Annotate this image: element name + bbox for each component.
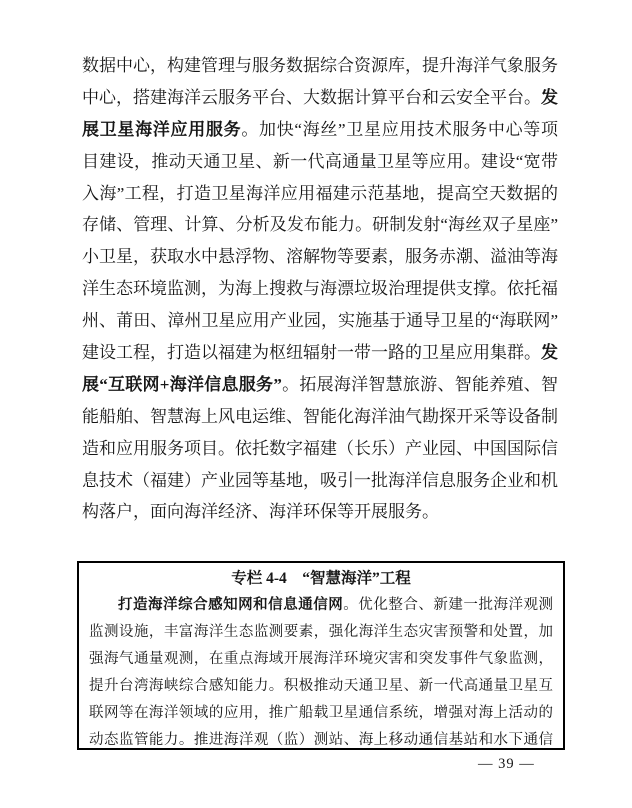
panel-title: 专栏 4-4 “智慧海洋”工程 <box>89 565 553 592</box>
text-line: 息技术（福建）产业园等基地，吸引一批海洋信息服务企业和机 <box>82 465 558 497</box>
text-run: 联网等在海洋领域的应用，推广船载卫星通信系统，增强对海上活动的 <box>89 705 553 721</box>
text-run: 建设工程，打造以福建为枢纽辐射一带一路的卫星应用集群。 <box>82 343 541 362</box>
page-number: — 39 — <box>478 756 558 773</box>
text-run: 能船舶、智慧海上风电运维、智能化海洋油气勘探开采等设备制 <box>82 407 558 426</box>
text-run: 洋生态环境监测，为海上搜救与海漂垃圾治理提供支撑。依托福 <box>82 279 558 298</box>
document-page: 数据中心，构建管理与服务数据综合资源库，提升海洋气象服务中心，搭建海洋云服务平台… <box>0 0 632 808</box>
text-run: 动态监管能力。推进海洋观（监）测站、海上移动通信基站和水下通信 <box>89 732 553 748</box>
panel-body: 打造海洋综合感知网和信息通信网。优化整合、新建一批海洋观测监测设施，丰富海洋生态… <box>89 592 553 750</box>
bold-text-run: 发 <box>541 343 558 362</box>
text-line: 数据中心，构建管理与服务数据综合资源库，提升海洋气象服务 <box>82 50 558 82</box>
text-line: 提升台湾海峡综合感知能力。积极推动天通卫星、新一代高通量卫星互 <box>89 673 553 700</box>
bold-text-run: 展“互联网+海洋信息服务” <box>82 375 282 394</box>
bold-text-run: 展卫星海洋应用服务 <box>82 120 241 139</box>
text-run: 存储、管理、计算、分析及发布能力。研制发射“海丝双子星座” <box>82 215 558 234</box>
body-paragraph: 数据中心，构建管理与服务数据综合资源库，提升海洋气象服务中心，搭建海洋云服务平台… <box>82 50 558 528</box>
text-run: 小卫星，获取水中悬浮物、溶解物等要素，服务赤潮、溢油等海 <box>82 247 558 266</box>
panel-box-column-4-4: 专栏 4-4 “智慧海洋”工程 打造海洋综合感知网和信息通信网。优化整合、新建一… <box>77 561 565 750</box>
text-line: 构落户，面向海洋经济、海洋环保等开展服务。 <box>82 496 558 528</box>
text-line: 入海”工程，打造卫星海洋应用福建示范基地，提高空天数据的 <box>82 178 558 210</box>
text-line: 动态监管能力。推进海洋观（监）测站、海上移动通信基站和水下通信 <box>89 727 553 750</box>
text-line: 能船舶、智慧海上风电运维、智能化海洋油气勘探开采等设备制 <box>82 401 558 433</box>
bold-text-run: 发 <box>541 88 558 107</box>
text-run: 监测设施，丰富海洋生态监测要素，强化海洋生态灾害预警和处置，加 <box>89 624 553 640</box>
text-run: 州、莆田、漳州卫星应用产业园，实施基于通导卫星的“海联网” <box>82 311 558 330</box>
text-run: 。拓展海洋智慧旅游、智能养殖、智 <box>282 375 558 394</box>
text-line: 展“互联网+海洋信息服务”。拓展海洋智慧旅游、智能养殖、智 <box>82 369 558 401</box>
text-run: 强海气通量观测，在重点海域开展海洋环境灾害和突发事件气象监测， <box>89 651 553 667</box>
text-run: 造和应用服务项目。依托数字福建（长乐）产业园、中国国际信 <box>82 439 558 458</box>
bold-text-run: 打造海洋综合感知网和信息通信网 <box>118 597 343 613</box>
text-line: 展卫星海洋应用服务。加快“海丝”卫星应用技术服务中心等项 <box>82 114 558 146</box>
text-line: 建设工程，打造以福建为枢纽辐射一带一路的卫星应用集群。发 <box>82 337 558 369</box>
text-run: 中心，搭建海洋云服务平台、大数据计算平台和云安全平台。 <box>82 88 541 107</box>
text-line: 强海气通量观测，在重点海域开展海洋环境灾害和突发事件气象监测， <box>89 646 553 673</box>
text-line: 洋生态环境监测，为海上搜救与海漂垃圾治理提供支撑。依托福 <box>82 273 558 305</box>
text-line: 联网等在海洋领域的应用，推广船载卫星通信系统，增强对海上活动的 <box>89 700 553 727</box>
text-run: 。优化整合、新建一批海洋观测 <box>343 597 553 613</box>
text-run: 。加快“海丝”卫星应用技术服务中心等项 <box>241 120 558 139</box>
text-run: 目建设，推动天通卫星、新一代高通量卫星等应用。建设“宽带 <box>82 152 558 171</box>
text-run: 提升台湾海峡综合感知能力。积极推动天通卫星、新一代高通量卫星互 <box>89 678 553 694</box>
text-line: 小卫星，获取水中悬浮物、溶解物等要素，服务赤潮、溢油等海 <box>82 241 558 273</box>
text-line: 打造海洋综合感知网和信息通信网。优化整合、新建一批海洋观测 <box>89 592 553 619</box>
text-run: 入海”工程，打造卫星海洋应用福建示范基地，提高空天数据的 <box>82 184 558 203</box>
text-run: 构落户，面向海洋经济、海洋环保等开展服务。 <box>82 502 439 521</box>
text-line: 目建设，推动天通卫星、新一代高通量卫星等应用。建设“宽带 <box>82 146 558 178</box>
text-line: 中心，搭建海洋云服务平台、大数据计算平台和云安全平台。发 <box>82 82 558 114</box>
text-line: 造和应用服务项目。依托数字福建（长乐）产业园、中国国际信 <box>82 433 558 465</box>
text-line: 监测设施，丰富海洋生态监测要素，强化海洋生态灾害预警和处置，加 <box>89 619 553 646</box>
text-run: 数据中心，构建管理与服务数据综合资源库，提升海洋气象服务 <box>82 56 558 75</box>
text-run: 息技术（福建）产业园等基地，吸引一批海洋信息服务企业和机 <box>82 471 558 490</box>
text-line: 存储、管理、计算、分析及发布能力。研制发射“海丝双子星座” <box>82 209 558 241</box>
text-line: 州、莆田、漳州卫星应用产业园，实施基于通导卫星的“海联网” <box>82 305 558 337</box>
